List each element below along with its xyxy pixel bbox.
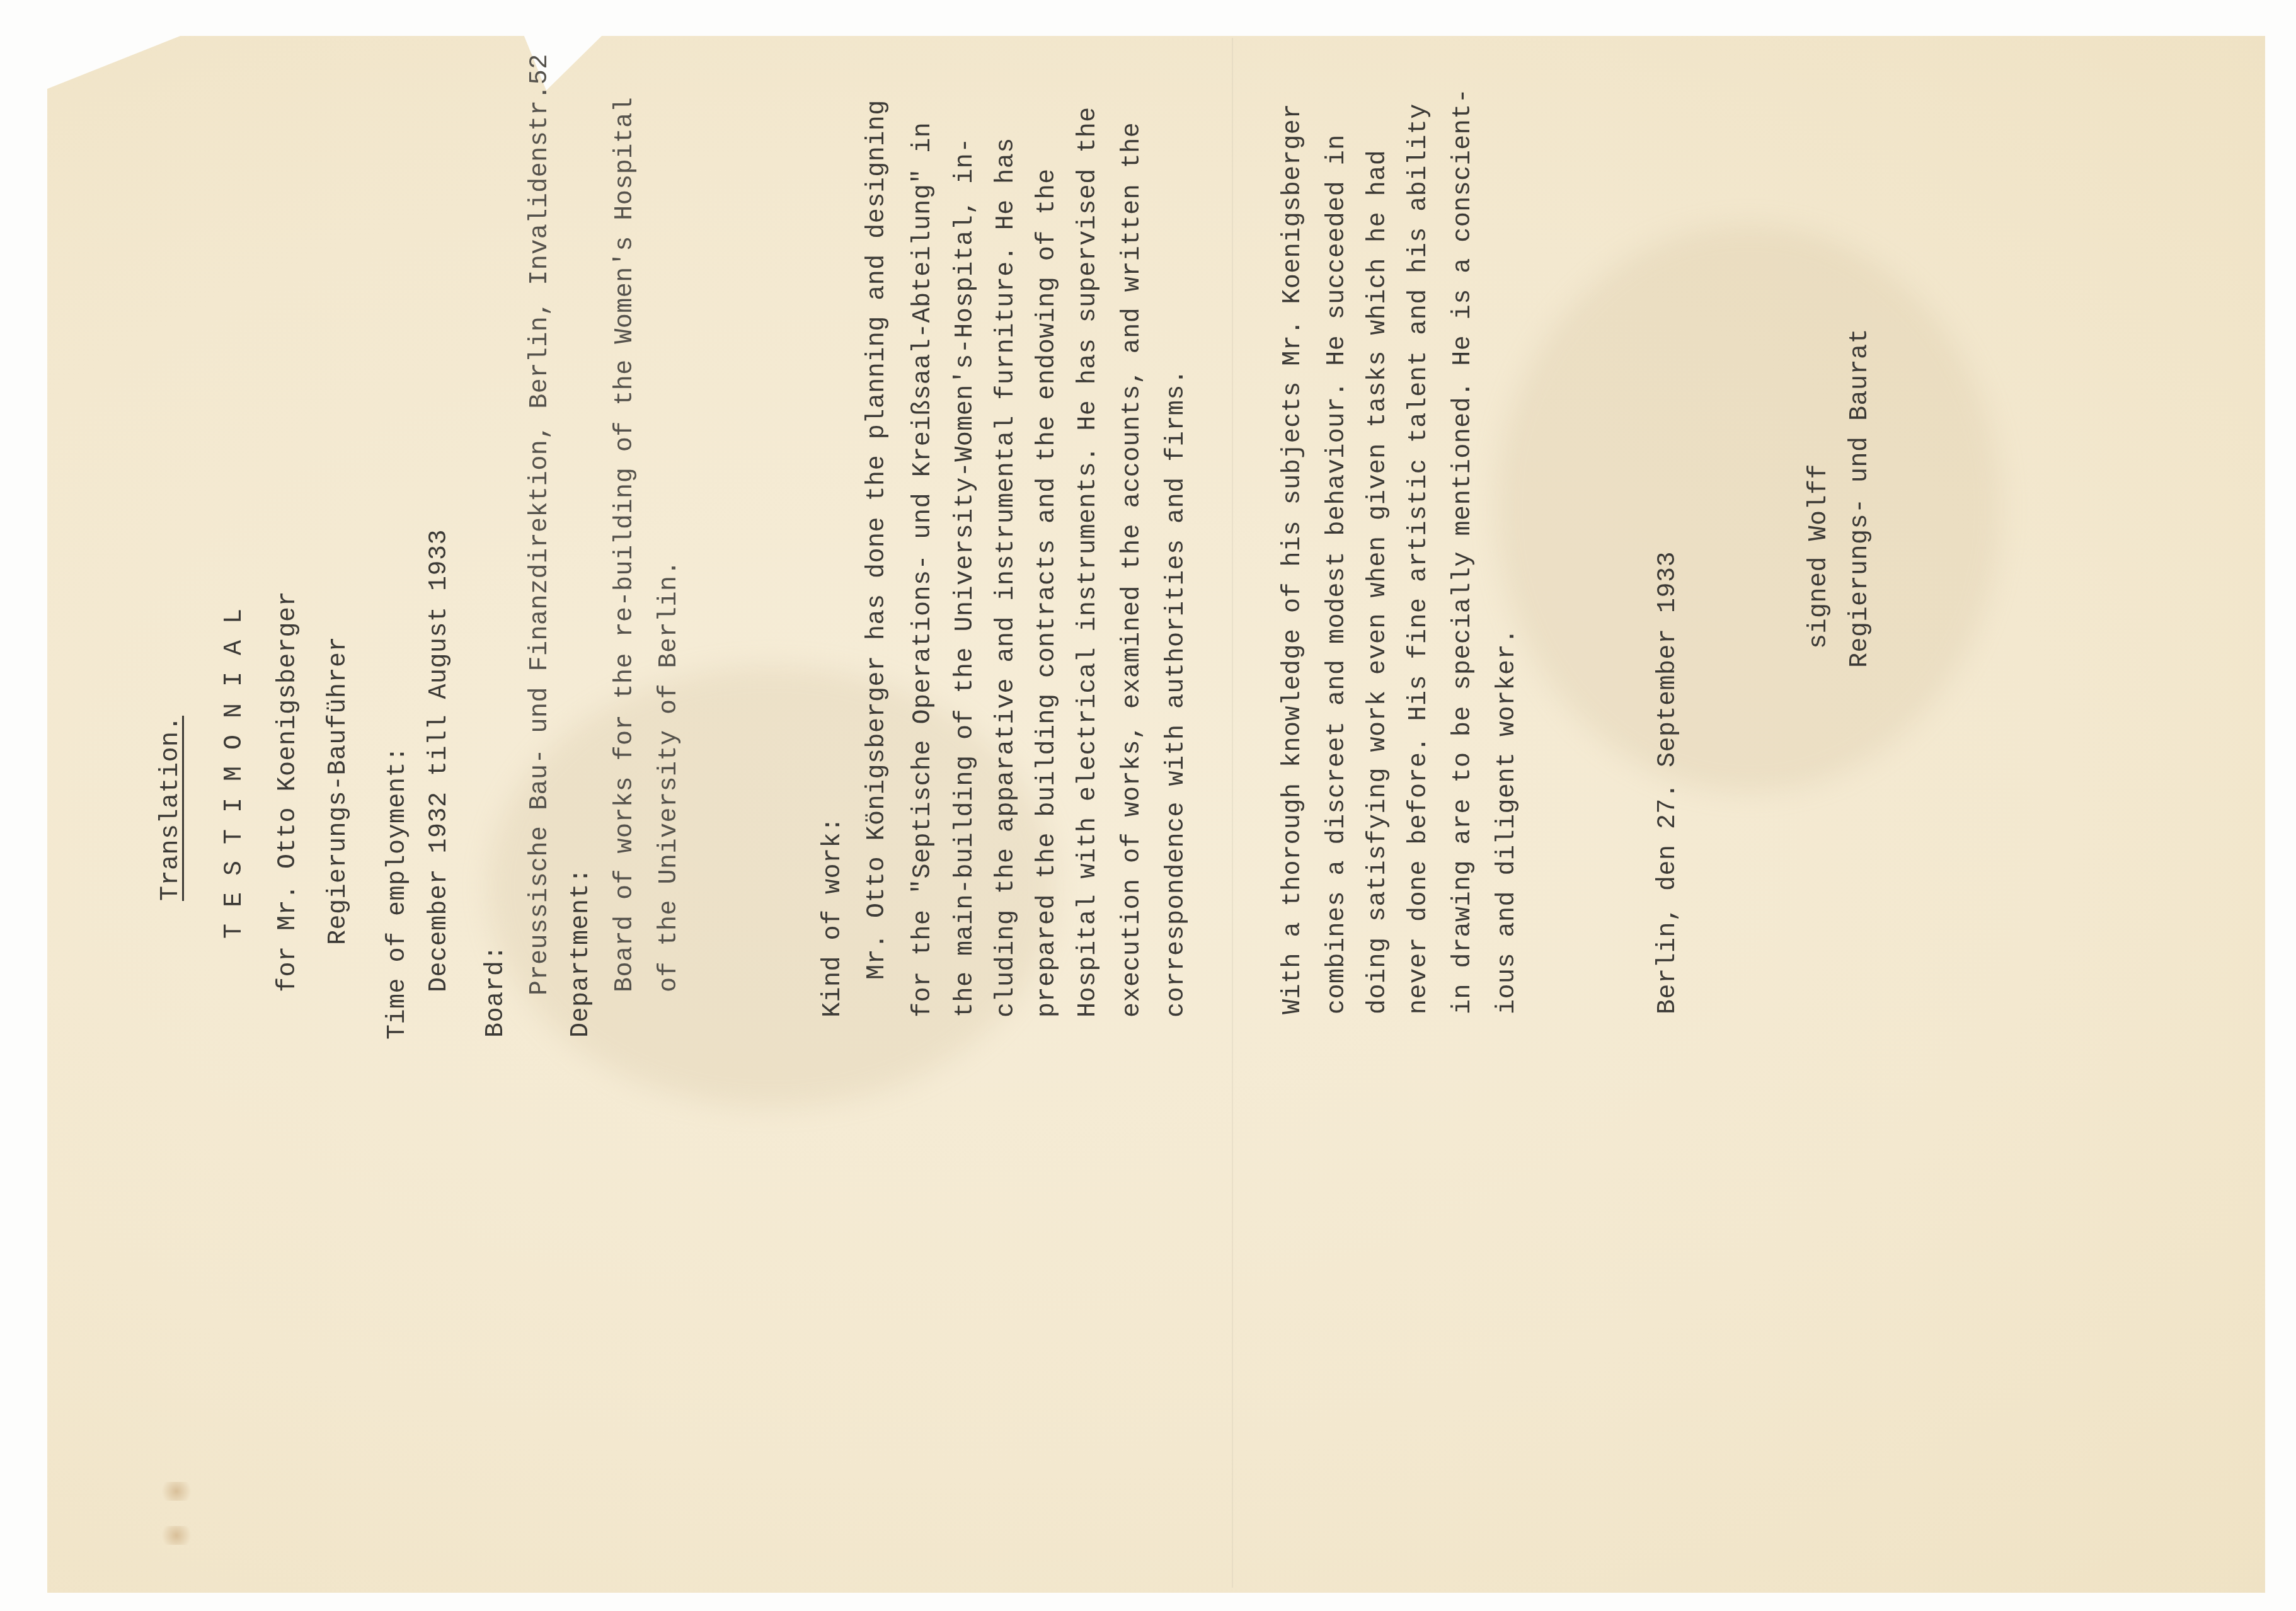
signatory-title: Regierungs- und Baurat [1848,328,1873,668]
signature: signed Wolff [1807,464,1832,649]
assessment-line: never done before. His fine artistic tal… [1407,103,1432,1014]
board-value: Preussische Bau- und Finanzdirektion, Be… [528,54,553,995]
time-of-employment-value: December 1932 till August 1933 [427,529,452,992]
board-label: Board: [484,945,509,1038]
document-title: TESTIMONIAL [222,592,248,939]
department-value-line-2: of the University of Berlin. [657,560,682,992]
assessment-line: in drawing are to be specially mentioned… [1451,88,1476,1014]
recipient-line: for Mr. Otto Koenigsberger [276,591,301,992]
kind-of-work-line: execution of works, examined the account… [1120,122,1145,1018]
assessment-line: combines a discreet and modest behaviour… [1325,134,1350,1014]
department-label: Department: [569,868,594,1038]
kind-of-work-line: cluding the apparative and instrumental … [994,137,1019,1018]
kind-of-work-label: Kind of work: [821,817,846,1018]
department-value-line-1: Board of works for the re-building of th… [613,97,638,992]
time-of-employment-label: Time of employment: [386,746,411,1040]
kind-of-work-line: Mr. Otto Königsberger has done the plann… [865,100,890,980]
rotated-document-content: Translation. TESTIMONIAL for Mr. Otto Ko… [0,0,2296,1611]
assessment-line: With a thorough knowledge of his subject… [1281,103,1306,1014]
document-header: Translation. [159,716,184,901]
kind-of-work-line: prepared the building contracts and the … [1035,168,1060,1018]
assessment-line: doing satisfying work even when given ta… [1366,150,1391,1014]
assessment-line: ious and diligent worker. [1495,628,1520,1014]
place-and-date: Berlin, den 27. September 1933 [1656,551,1681,1014]
recipient-rank: Regierungs-Bauführer [326,636,352,945]
kind-of-work-line: Hospital with electrical instruments. He… [1076,106,1101,1018]
kind-of-work-line: the main-building of the University-Wome… [953,137,979,1018]
kind-of-work-line: correspondence with authorities and firm… [1164,369,1190,1018]
kind-of-work-line: for the "Septische Operations- und Kreiß… [911,122,936,1018]
